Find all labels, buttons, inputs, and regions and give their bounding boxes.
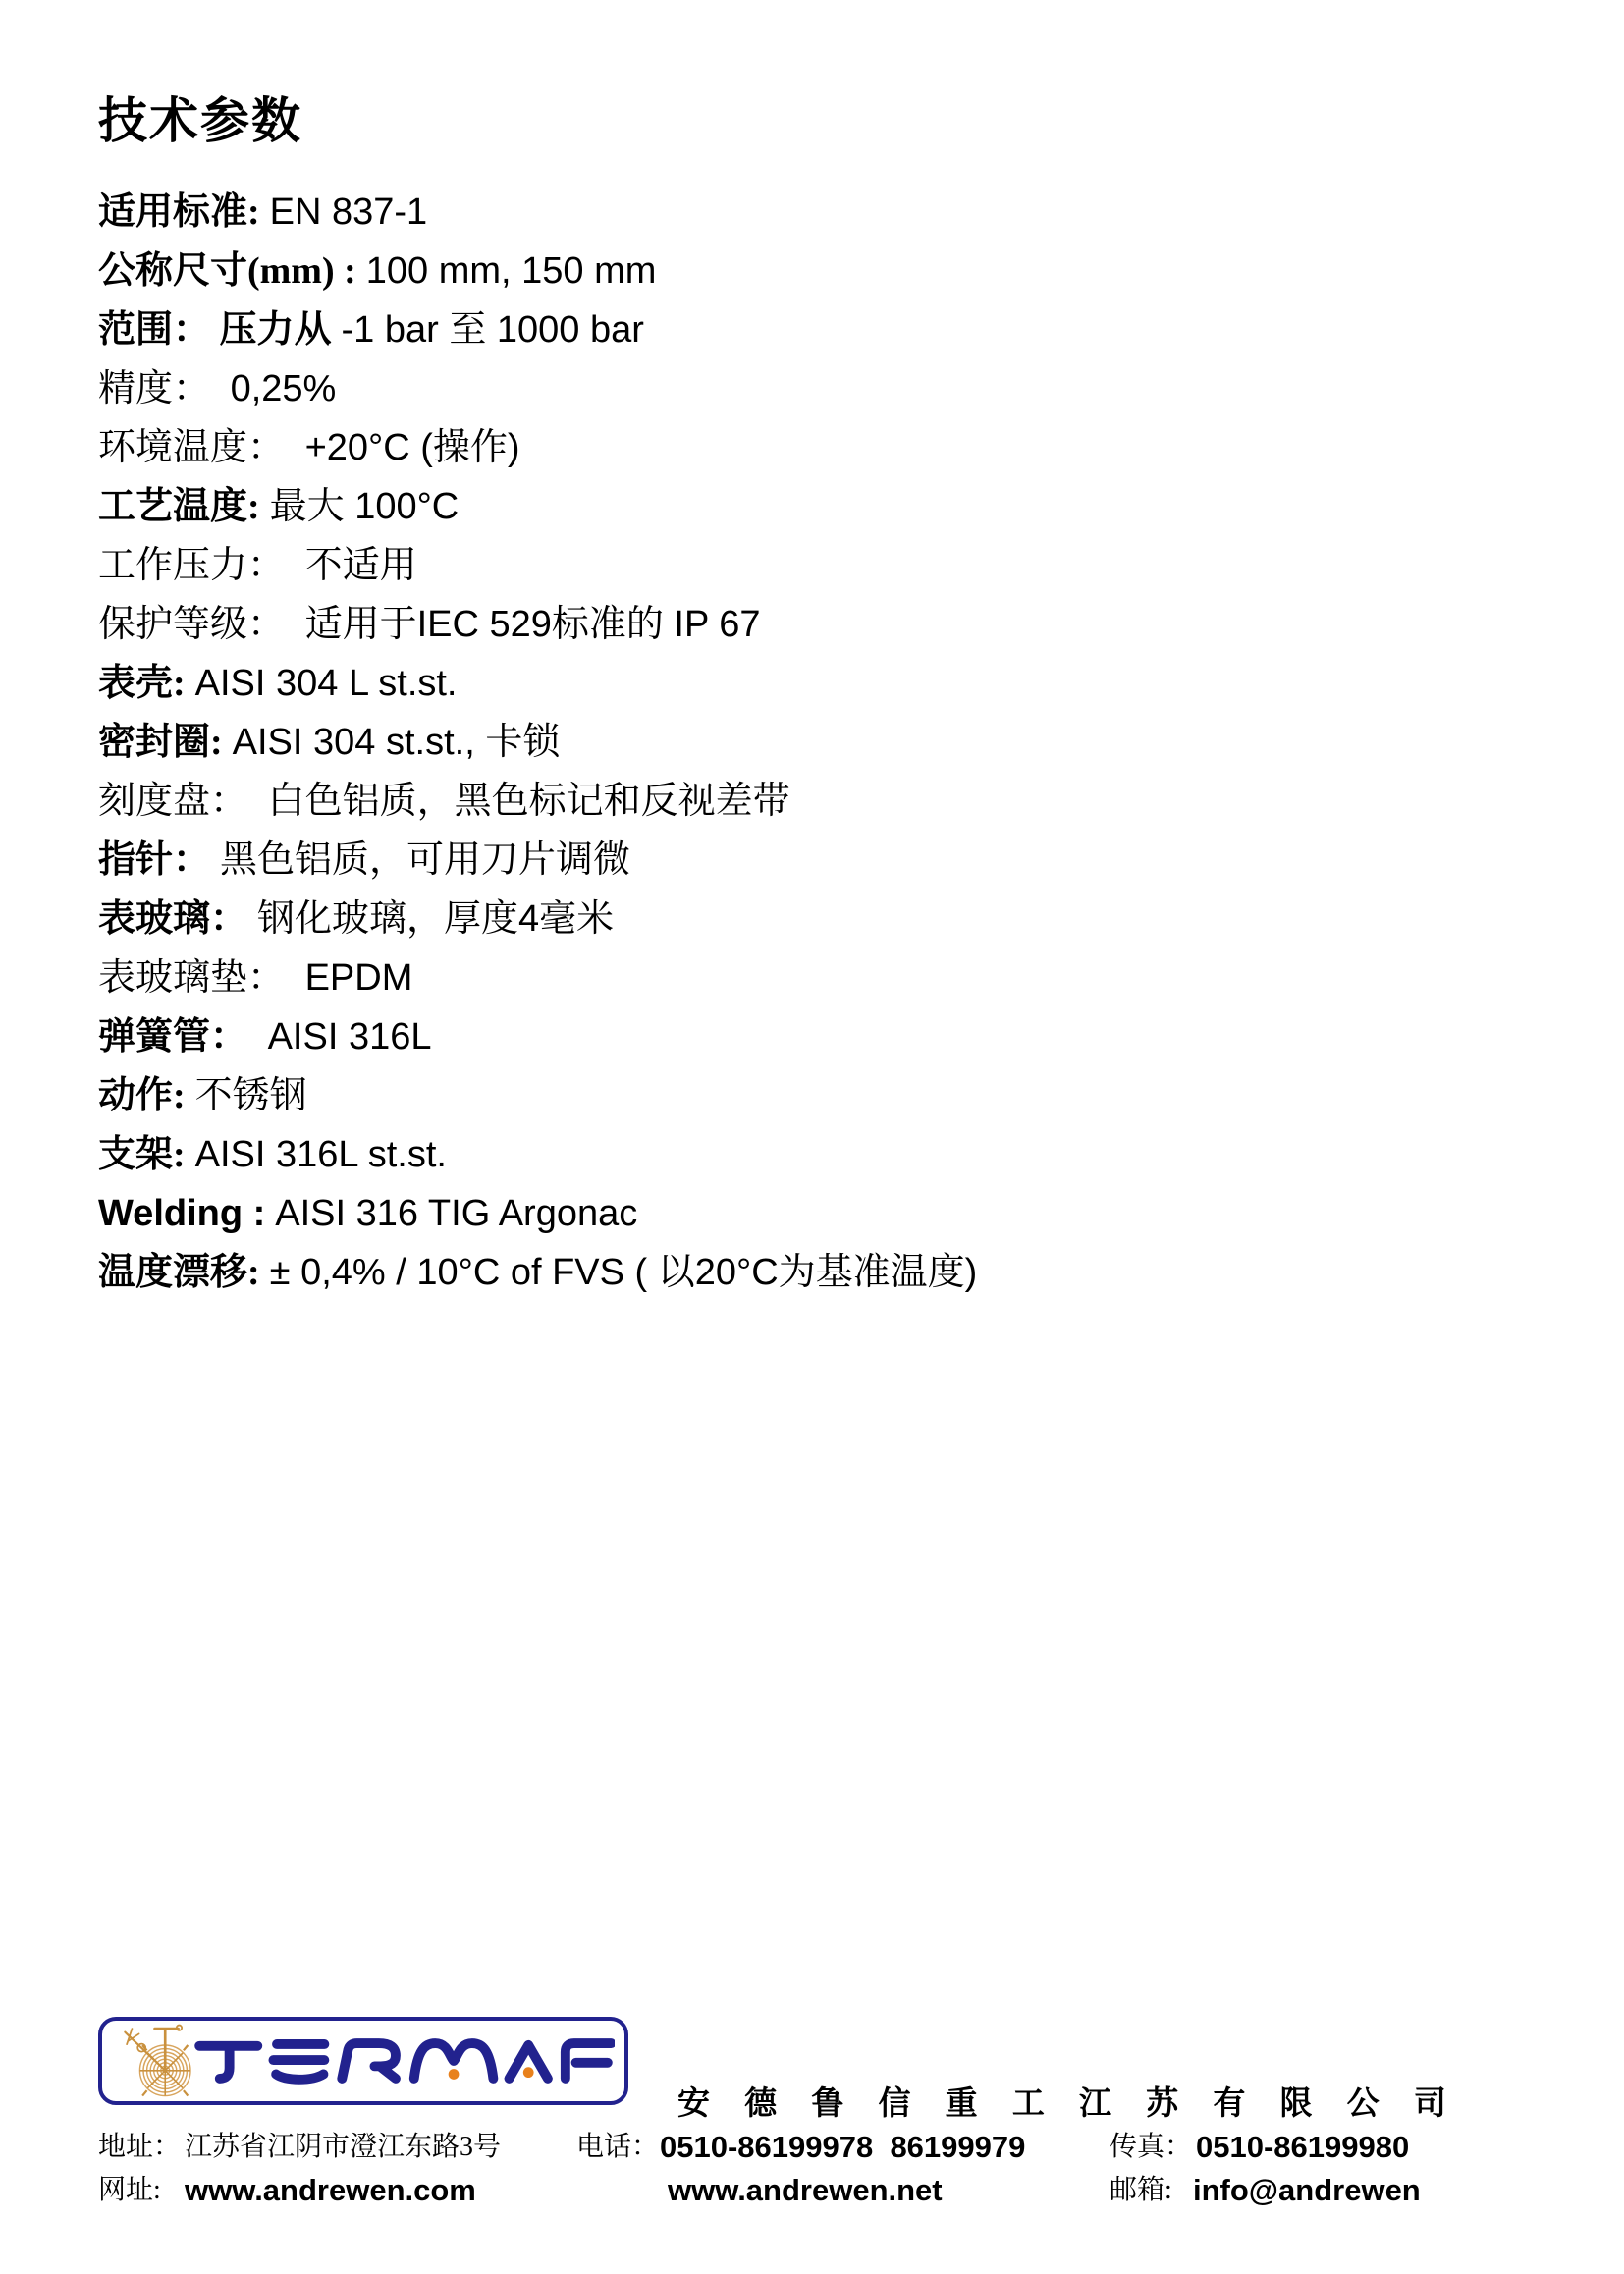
- termaf-wordmark: [192, 2033, 615, 2088]
- spec-line: 适用标准:EN 837-1: [98, 183, 1522, 242]
- spec-line: 表壳:AISI 304 L st.st.: [98, 654, 1522, 713]
- spec-value: AISI 304 L st.st.: [195, 663, 458, 704]
- spec-label: Welding :: [98, 1193, 265, 1234]
- spec-label: 适用标准:: [98, 191, 260, 233]
- spec-label: 指针：: [98, 839, 210, 881]
- spec-label: 密封圈:: [98, 722, 223, 763]
- spec-label: 保护等级：: [98, 604, 285, 645]
- email-label: 邮箱:: [1110, 2170, 1172, 2211]
- spec-line: 指针：黑色铝质，可用刀片调微: [98, 831, 1522, 890]
- document-page: 技术参数 适用标准:EN 837-1公称尺寸(mm) :100 mm, 150 …: [0, 0, 1624, 2274]
- spec-label: 弹簧管：: [98, 1016, 247, 1057]
- page-title: 技术参数: [98, 94, 302, 148]
- company-name: 安 德 鲁 信 重 工 江 苏 有 限 公 司: [677, 2078, 1459, 2124]
- spec-value: 不适用: [295, 545, 417, 586]
- spec-value: 100 mm, 150 mm: [366, 250, 657, 292]
- website-label: 网址:: [98, 2170, 161, 2211]
- spec-value: AISI 316L: [257, 1016, 431, 1057]
- spec-line: 精度： 0,25%: [98, 359, 1522, 418]
- spec-value: 钢化玻璃，厚度4毫米: [257, 898, 614, 940]
- spec-value: AISI 304 st.st., 卡锁: [233, 722, 561, 763]
- spec-line: 工作压力： 不适用: [98, 536, 1522, 595]
- spec-line: 表玻璃垫： EPDM: [98, 948, 1522, 1007]
- wordmark-letters: [199, 2043, 611, 2080]
- spec-value: EN 837-1: [270, 191, 428, 233]
- spec-label: 公称尺寸(mm) :: [98, 250, 356, 292]
- phone-value: 0510-86199978 86199979: [660, 2127, 1025, 2168]
- spec-line: 动作:不锈钢: [98, 1066, 1522, 1125]
- spec-line: 公称尺寸(mm) :100 mm, 150 mm: [98, 242, 1522, 300]
- spec-line: 密封圈:AISI 304 st.st., 卡锁: [98, 713, 1522, 772]
- spec-line: 弹簧管： AISI 316L: [98, 1007, 1522, 1066]
- contact-line-2: 网址: www.andrewen.com www.andrewen.net 邮箱…: [98, 2170, 1624, 2211]
- spec-line: 支架:AISI 316L st.st.: [98, 1125, 1522, 1184]
- spec-value: AISI 316L st.st.: [195, 1134, 447, 1175]
- spec-label: 动作:: [98, 1075, 186, 1116]
- website-2: www.andrewen.net: [668, 2170, 943, 2211]
- spec-line: Welding :AISI 316 TIG Argonac: [98, 1184, 1522, 1243]
- fax-label: 传真：: [1110, 2127, 1192, 2168]
- spec-line: 温度漂移:± 0,4% / 10°C of FVS ( 以20°C为基准温度): [98, 1243, 1522, 1302]
- address-label: 地址：: [98, 2127, 181, 2168]
- spec-label: 范围： 压力从: [98, 309, 332, 351]
- spec-value: EPDM: [295, 957, 412, 999]
- address-value: 江苏省江阴市澄江东路3号: [185, 2127, 501, 2168]
- spec-label: 精度：: [98, 368, 210, 409]
- spec-value: -1 bar 至 1000 bar: [342, 309, 644, 351]
- spec-value: 适用于IEC 529标准的 IP 67: [295, 604, 760, 645]
- termaf-logo: [98, 2017, 628, 2105]
- spec-line: 刻度盘： 白色铝质，黑色标记和反视差带: [98, 772, 1522, 831]
- contact-line-1: 地址： 江苏省江阴市澄江东路3号 电话： 0510-86199978 86199…: [98, 2127, 1624, 2168]
- spec-label: 刻度盘：: [98, 781, 247, 822]
- spec-value: 不锈钢: [195, 1075, 307, 1116]
- spec-line: 表玻璃：钢化玻璃，厚度4毫米: [98, 890, 1522, 948]
- spec-line: 环境温度： +20°C (操作): [98, 418, 1522, 477]
- fax-value: 0510-86199980: [1196, 2127, 1409, 2168]
- spec-line: 范围： 压力从-1 bar 至 1000 bar: [98, 300, 1522, 359]
- spec-label: 表壳:: [98, 663, 186, 704]
- spec-label: 工艺温度:: [98, 486, 260, 527]
- spec-value: +20°C (操作): [295, 427, 520, 468]
- spec-label: 表玻璃垫：: [98, 957, 285, 999]
- spec-value: 0,25%: [220, 368, 336, 409]
- email-value: info@andrewen: [1193, 2170, 1421, 2211]
- spec-label: 支架:: [98, 1134, 186, 1175]
- spec-line: 工艺温度:最大 100°C: [98, 477, 1522, 536]
- spec-line: 保护等级： 适用于IEC 529标准的 IP 67: [98, 595, 1522, 654]
- spec-value: ± 0,4% / 10°C of FVS ( 以20°C为基准温度): [270, 1252, 978, 1293]
- phone-label: 电话：: [576, 2127, 659, 2168]
- website-1: www.andrewen.com: [185, 2170, 476, 2211]
- spec-label: 工作压力：: [98, 545, 285, 586]
- spec-value: 白色铝质，黑色标记和反视差带: [257, 781, 790, 822]
- spec-value: AISI 316 TIG Argonac: [275, 1193, 637, 1234]
- spec-list: 适用标准:EN 837-1公称尺寸(mm) :100 mm, 150 mm范围：…: [98, 183, 1522, 1302]
- spec-label: 温度漂移:: [98, 1252, 260, 1293]
- spec-label: 环境温度：: [98, 427, 285, 468]
- spec-value: 最大 100°C: [270, 486, 460, 527]
- spec-label: 表玻璃：: [98, 898, 247, 940]
- spec-value: 黑色铝质，可用刀片调微: [220, 839, 630, 881]
